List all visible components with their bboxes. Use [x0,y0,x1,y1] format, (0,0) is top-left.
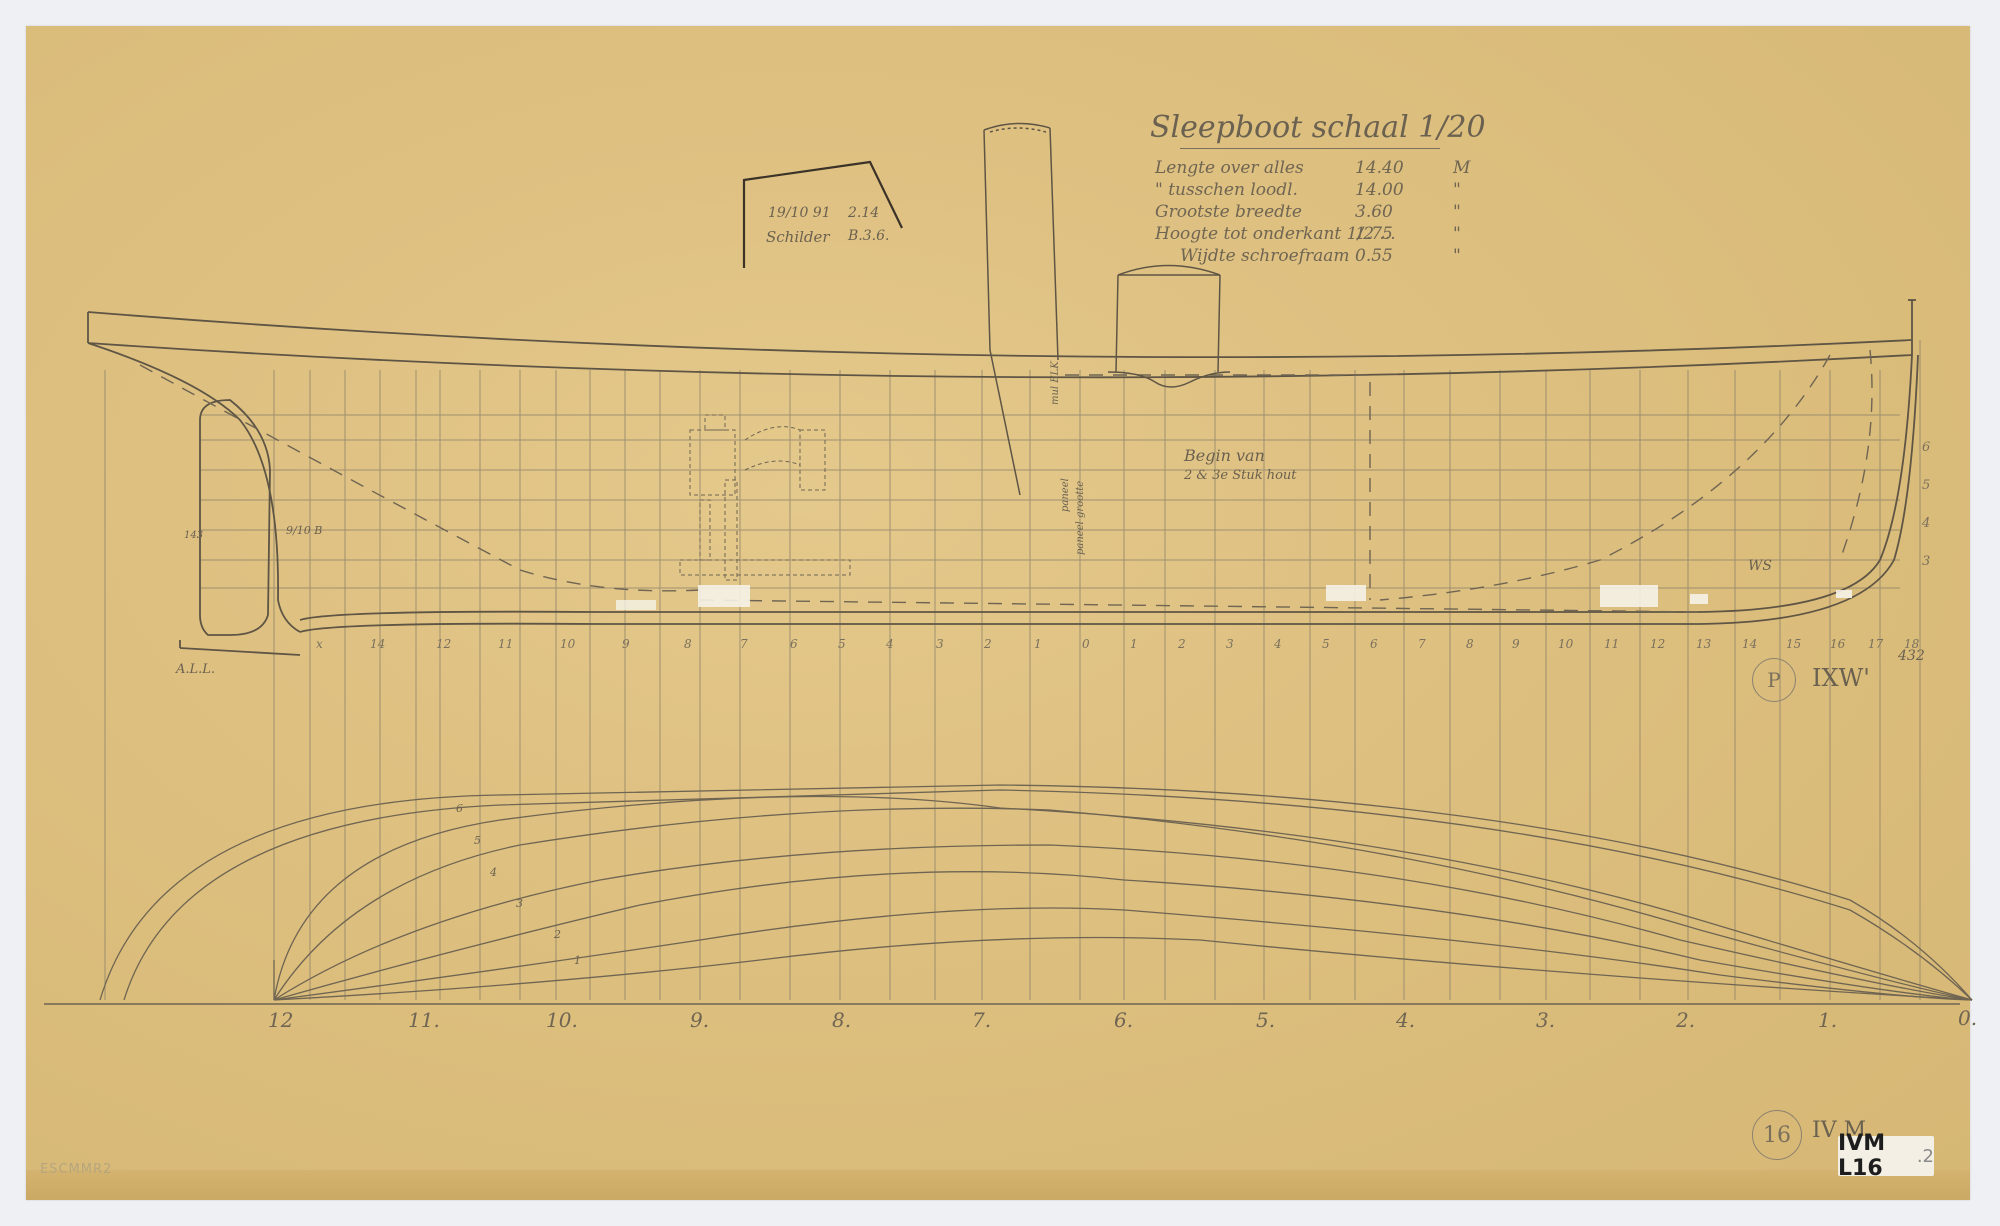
circled-mark-text: P [1767,668,1780,692]
mast [984,123,1058,495]
sail-note-value: 2.14 [848,205,879,221]
line-label: 6 [456,802,463,815]
frame-label: 8 [684,637,692,651]
frame-label: 9 [622,637,630,651]
waterline-note: WS [1748,558,1772,574]
circled-mark-p: P [1752,658,1796,702]
station-label: 1. [1818,1008,1837,1032]
tape-patch [1690,594,1708,604]
waterline-label: 3 [1922,554,1930,569]
station-label: 3. [1536,1008,1555,1032]
waterline-label: 4 [1922,516,1930,531]
station-label: 6. [1114,1008,1133,1032]
frame-label: 3 [936,637,944,651]
spec-row: Hoogte tot onderkant 1/2 ... 1.75 " [1155,224,1396,244]
station-label: 4. [1396,1008,1415,1032]
tape-patch [1600,585,1658,607]
frame-label: 3 [1226,637,1234,651]
frame-label: 13 [1696,637,1711,651]
station-label: 9. [690,1008,709,1032]
spec-label: Lengte over alles [1155,158,1304,178]
ship-lines-drawing [0,0,2000,1226]
frame-label: 7 [740,637,748,651]
funnel [1108,266,1230,388]
sail-note-name: Schilder [766,228,830,246]
half-breadth-plan [100,785,1972,1000]
frame-label: 12 [436,637,451,651]
drawing-title: Sleepboot schaal 1/20 [1150,110,1486,145]
catalog-label-main: IVM L16 [1838,1131,1915,1181]
frame-label: x [316,637,323,651]
spec-value: 3.60 [1355,202,1393,222]
spec-unit: " [1453,224,1461,244]
line-label: 4 [490,866,497,879]
spec-label: Wijdte schroefraam [1180,246,1350,266]
frame-label: 17 [1868,637,1883,651]
station-label: 5. [1256,1008,1275,1032]
frame-label: 11 [1604,637,1619,651]
frame-label: 5 [1322,637,1330,651]
frame-label: 5 [838,637,846,651]
spec-value: 14.00 [1355,180,1404,200]
frame-label: 14 [1742,637,1757,651]
tape-patch [616,600,656,610]
spec-label: Grootste breedte [1155,202,1302,222]
frame-label: 11 [498,637,513,651]
spec-row: Wijdte schroefraam 0.55 " [1155,246,1350,266]
frame-label: 15 [1786,637,1801,651]
sail-note-code: B.3.6. [848,228,889,244]
frame-label: 0 [1082,637,1090,651]
frame-label: 9 [1512,637,1520,651]
left-dim: 9/10 B [286,524,322,537]
frame-label: 10 [1558,637,1573,651]
frame-label: 16 [1830,637,1845,651]
frame-label: 14 [370,637,385,651]
spec-row: Grootste breedte 3.60 " [1155,202,1302,222]
dashed-buttock-lines [140,350,1872,612]
left-note: A.L.L. [176,662,215,677]
line-label: 3 [516,897,523,910]
tape-patch [1836,590,1852,598]
station-label: 0. [1958,1006,1977,1030]
frame-label: 12 [1650,637,1665,651]
waterline-label: 6 [1922,440,1930,455]
roman-mark: IXW' [1812,664,1870,692]
spec-row: Lengte over alles 14.40 M [1155,158,1304,178]
frame-label: 6 [790,637,798,651]
spec-unit: " [1453,180,1461,200]
spec-row: " tusschen loodl. 14.00 " [1155,180,1298,200]
station-label: 7. [972,1008,991,1032]
spec-value: 14.40 [1355,158,1404,178]
frame-label: 2 [1178,637,1186,651]
spec-label: " tusschen loodl. [1155,180,1298,200]
archive-stamp: ESCMMR2 [40,1162,112,1177]
waterline-label: 5 [1922,478,1930,493]
station-label: 2. [1676,1008,1695,1032]
tape-patch [1326,585,1366,601]
spec-value: 0.55 [1355,246,1393,266]
spec-value: 1.75 [1355,224,1393,244]
catalog-label: IVM L16.2 [1838,1136,1934,1176]
circled-number: 16 [1752,1110,1802,1160]
number-mark: 432 [1898,648,1925,664]
mid-note-line1: Begin van [1184,446,1265,465]
catalog-label-suffix: .2 [1917,1146,1934,1167]
mid-note-line2: 2 & 3e Stuk hout [1184,468,1297,483]
circled-number-text: 16 [1763,1123,1791,1148]
spec-unit: M [1453,158,1470,178]
frame-label: 1 [1034,637,1042,651]
vertical-note: mul ELK [1050,361,1061,405]
frame-label: 2 [984,637,992,651]
vertical-note: paneel [1060,478,1071,512]
spec-unit: " [1453,246,1461,266]
frame-label: 7 [1418,637,1426,651]
frame-label: 1 [1130,637,1138,651]
frame-label: 4 [886,637,894,651]
line-label: 1 [574,954,581,967]
title-underline [1180,148,1440,149]
station-label: 12 [268,1008,293,1032]
sail-note-date: 19/10 91 [768,205,831,221]
station-label: 11. [408,1008,440,1032]
spec-unit: " [1453,202,1461,222]
frame-label: 10 [560,637,575,651]
left-dim: 143 [184,530,203,541]
vertical-note: paneel grootte [1075,481,1086,555]
frame-label: 8 [1466,637,1474,651]
frame-label: 6 [1370,637,1378,651]
line-label: 2 [554,928,561,941]
frame-grid [105,340,1920,1000]
tape-patch [698,585,750,607]
station-label: 10. [546,1008,578,1032]
station-label: 8. [832,1008,851,1032]
line-label: 5 [474,834,481,847]
frame-label: 4 [1274,637,1282,651]
